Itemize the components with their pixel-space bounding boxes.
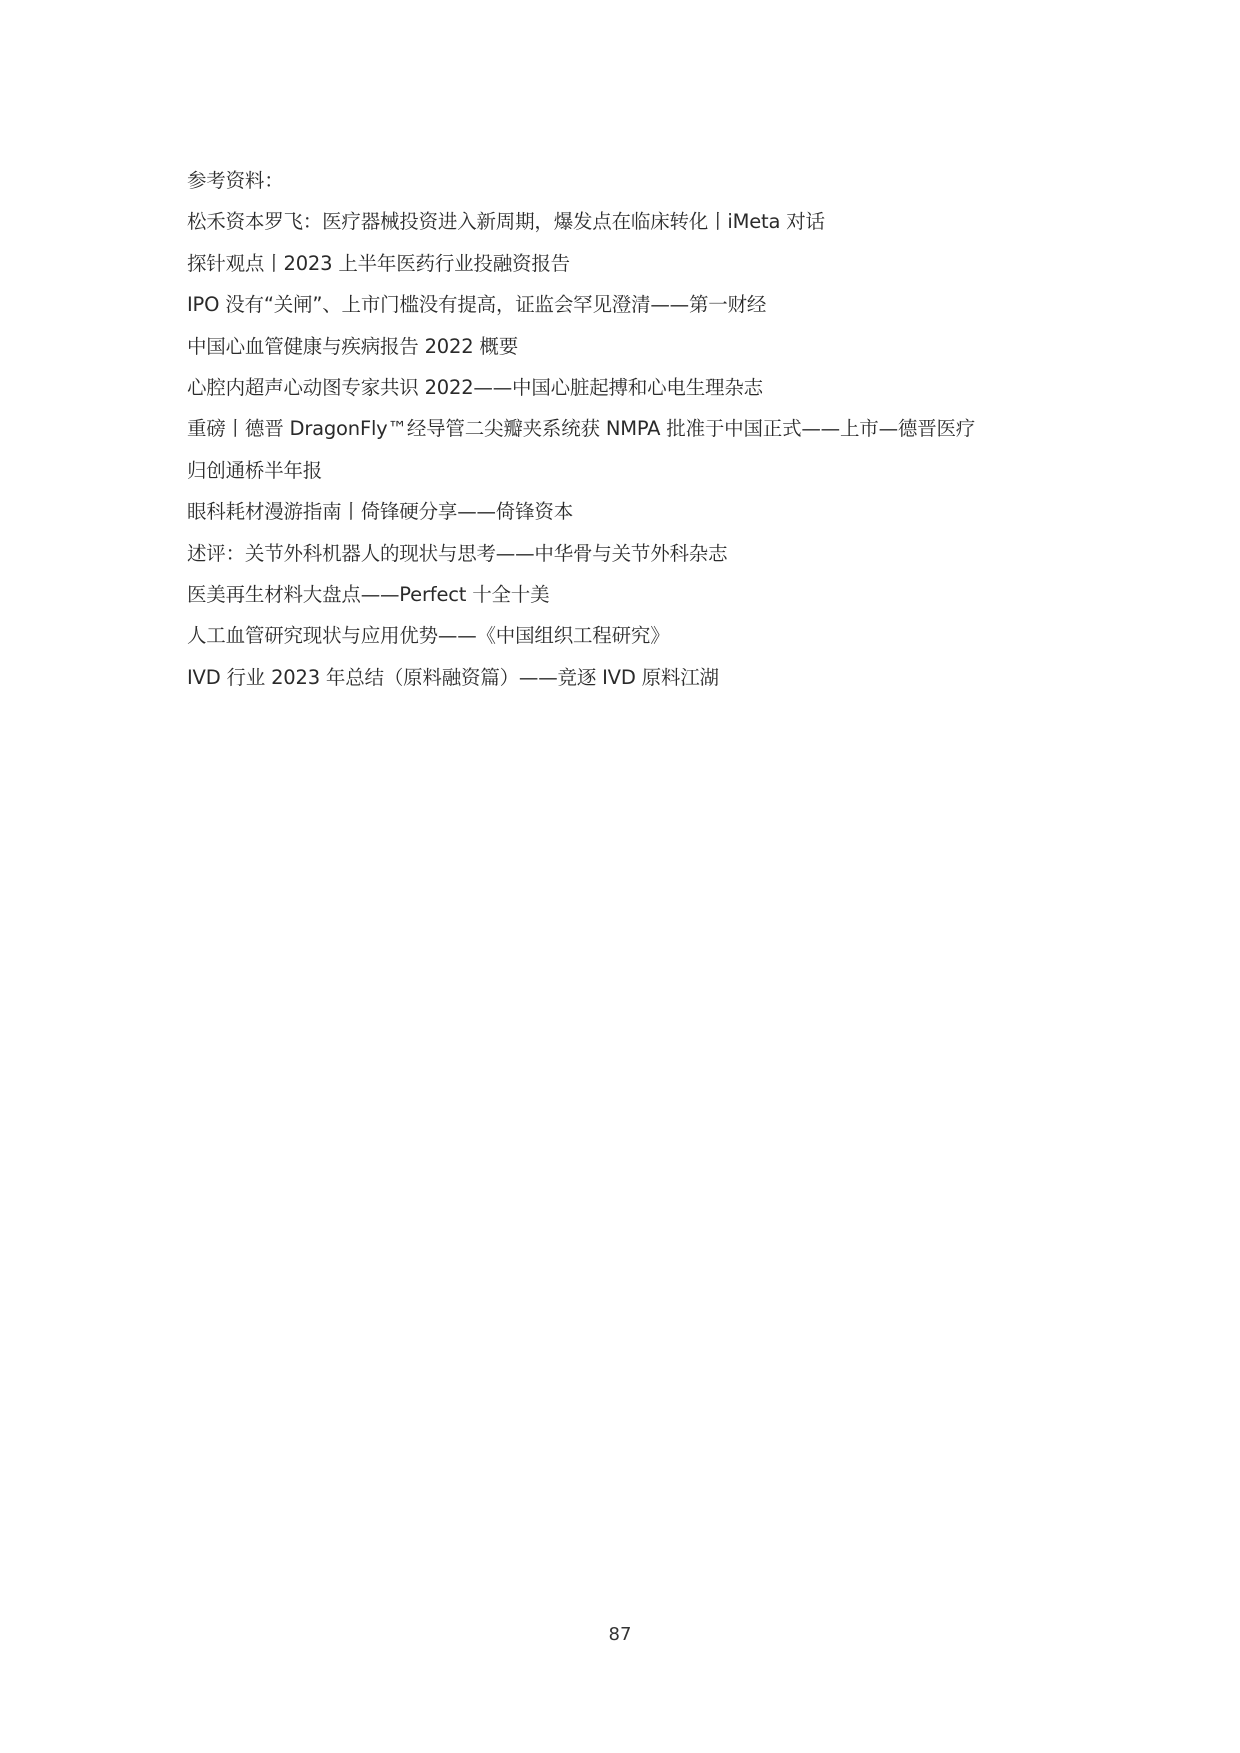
reference-item: IVD 行业 2023 年总结（原料融资篇）——竞逐 IVD 原料江湖 — [187, 657, 1087, 698]
reference-item: 眼科耗材漫游指南丨倚锋硬分享——倚锋资本 — [187, 491, 1087, 532]
references-section: 参考资料： 松禾资本罗飞：医疗器械投资进入新周期，爆发点在临床转化丨iMeta … — [187, 160, 1087, 698]
reference-item: 中国心血管健康与疾病报告 2022 概要 — [187, 326, 1087, 367]
reference-item: 探针观点丨2023 上半年医药行业投融资报告 — [187, 243, 1087, 284]
reference-item: IPO 没有“关闸”、上市门槛没有提高，证监会罕见澄清——第一财经 — [187, 284, 1087, 325]
reference-item: 归创通桥半年报 — [187, 450, 1087, 491]
reference-item: 述评：关节外科机器人的现状与思考——中华骨与关节外科杂志 — [187, 533, 1087, 574]
reference-item: 医美再生材料大盘点——Perfect 十全十美 — [187, 574, 1087, 615]
reference-item: 心腔内超声心动图专家共识 2022——中国心脏起搏和心电生理杂志 — [187, 367, 1087, 408]
reference-item: 松禾资本罗飞：医疗器械投资进入新周期，爆发点在临床转化丨iMeta 对话 — [187, 201, 1087, 242]
reference-item: 重磅丨德晋 DragonFly™经导管二尖瓣夹系统获 NMPA 批准于中国正式—… — [187, 408, 1087, 449]
page-number: 87 — [0, 1624, 1240, 1645]
references-heading: 参考资料： — [187, 160, 1087, 201]
reference-item: 人工血管研究现状与应用优势——《中国组织工程研究》 — [187, 615, 1087, 656]
